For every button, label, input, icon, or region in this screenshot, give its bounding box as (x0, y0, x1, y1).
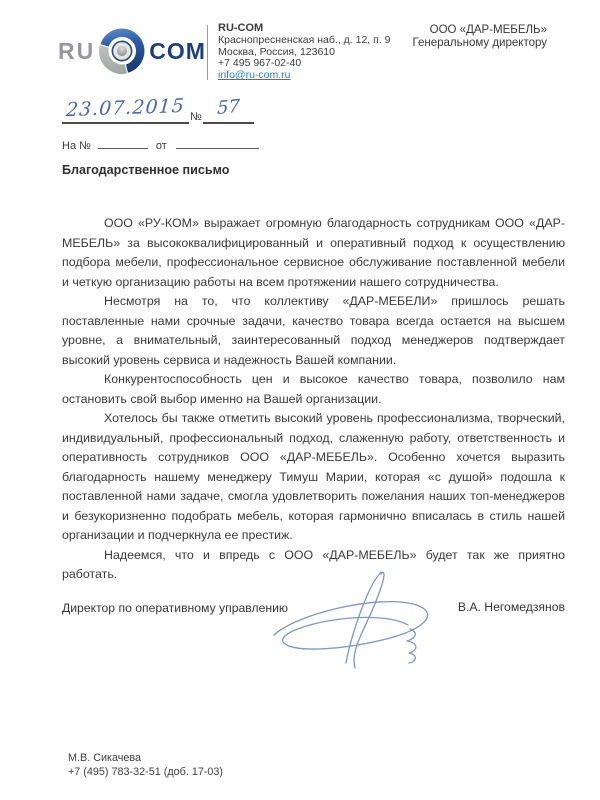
company-email-link: info@ru-com.ru (218, 70, 391, 82)
executor-phone: +7 (495) 783-32-51 (доб. 17-03) (68, 766, 223, 780)
executor-name: М.В. Сикачева (68, 752, 223, 766)
company-address-line1: Краснопресненская наб., д. 12, п. 9 (218, 35, 391, 47)
letterhead-divider (207, 25, 208, 80)
ru-com-swirl-icon (97, 24, 147, 78)
incoming-number-blank (98, 137, 148, 149)
handwritten-date: 23.07.2015 (65, 95, 185, 121)
signer-name: В.А. Негомедзянов (458, 600, 565, 614)
reference-row: 23.07.2015 № 57 (62, 97, 302, 127)
body-paragraph: Конкурентоспособность цен и высокое каче… (62, 370, 565, 409)
addressee-block: ООО «ДАР-МЕБЕЛЬ» Генеральному директору (413, 24, 547, 49)
letter-subject: Благодарственное письмо (62, 163, 229, 177)
body-paragraph: Хотелось бы также отметить высокий урове… (62, 409, 565, 546)
outgoing-number-line: 57 (203, 97, 254, 124)
body-paragraph: ООО «РУ-КОМ» выражает огромную благодарн… (62, 214, 565, 292)
logo-ru-text: RU (58, 40, 95, 63)
signer-title: Директор по оперативному управлению (62, 601, 288, 615)
body-paragraph: Несмотря на то, что коллективу «ДАР-МЕБЕ… (62, 292, 565, 370)
incoming-date-blank (176, 137, 259, 149)
handwritten-number: 57 (217, 96, 240, 119)
scanned-letter-page: RU COM RU-COM (0, 0, 600, 800)
handwritten-signature (260, 565, 455, 675)
from-label: от (156, 140, 167, 152)
company-logo: RU COM (58, 20, 206, 82)
executor-block: М.В. Сикачева +7 (495) 783-32-51 (доб. 1… (68, 752, 223, 779)
incoming-label: На № (62, 140, 91, 152)
number-sign-label: № (190, 111, 202, 123)
letter-body: ООО «РУ-КОМ» выражает огромную благодарн… (62, 214, 565, 585)
company-contact-block: RU-COM Краснопресненская наб., д. 12, п.… (218, 23, 391, 82)
addressee-recipient: Генеральному директору (413, 37, 547, 50)
outgoing-date-line: 23.07.2015 (62, 97, 189, 124)
logo-com-text: COM (149, 40, 206, 63)
addressee-organization: ООО «ДАР-МЕБЕЛЬ» (413, 24, 547, 37)
incoming-reference-row: На №от (62, 137, 259, 152)
